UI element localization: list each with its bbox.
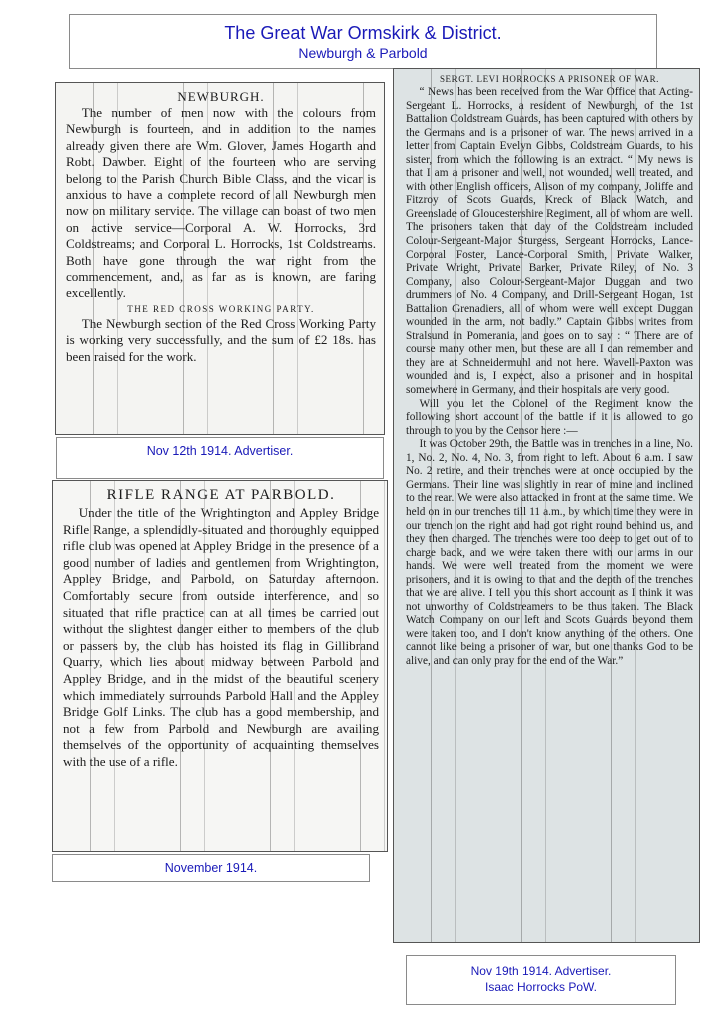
clipping-heading: RIFLE RANGE AT PARBOLD. [63,485,379,505]
caption-newburgh: Nov 12th 1914. Advertiser. [56,437,384,479]
clipping-paragraph: The number of men now with the colours f… [66,105,376,302]
caption-line: Isaac Horrocks PoW. [407,979,675,995]
caption-prisoner-of-war: Nov 19th 1914. Advertiser. Isaac Horrock… [406,955,676,1005]
caption-line: Nov 19th 1914. Advertiser. [407,963,675,979]
page-subtitle: Newburgh & Parbold [70,44,656,62]
clipping-paragraph: Will you let the Colonel of the Regiment… [406,398,693,439]
newspaper-clipping-rifle-range: RIFLE RANGE AT PARBOLD. Under the title … [52,480,388,852]
clipping-paragraph: Under the title of the Wrightington and … [63,505,379,771]
newspaper-clipping-newburgh: NEWBURGH. The number of men now with the… [55,82,385,435]
page-title-box: The Great War Ormskirk & District. Newbu… [69,14,657,69]
clipping-heading: SERGT. LEVI HORROCKS A PRISONER OF WAR. [406,73,693,86]
clipping-subheading: THE RED CROSS WORKING PARTY. [66,302,376,316]
clipping-paragraph: The Newburgh section of the Red Cross Wo… [66,316,376,365]
clipping-paragraph: It was October 29th, the Battle was in t… [406,438,693,668]
page-title: The Great War Ormskirk & District. [70,22,656,44]
newspaper-clipping-prisoner-of-war: SERGT. LEVI HORROCKS A PRISONER OF WAR. … [393,68,700,943]
clipping-heading: NEWBURGH. [66,89,376,105]
caption-rifle-range: November 1914. [52,854,370,882]
clipping-paragraph: “ News has been received from the War Of… [406,86,693,398]
